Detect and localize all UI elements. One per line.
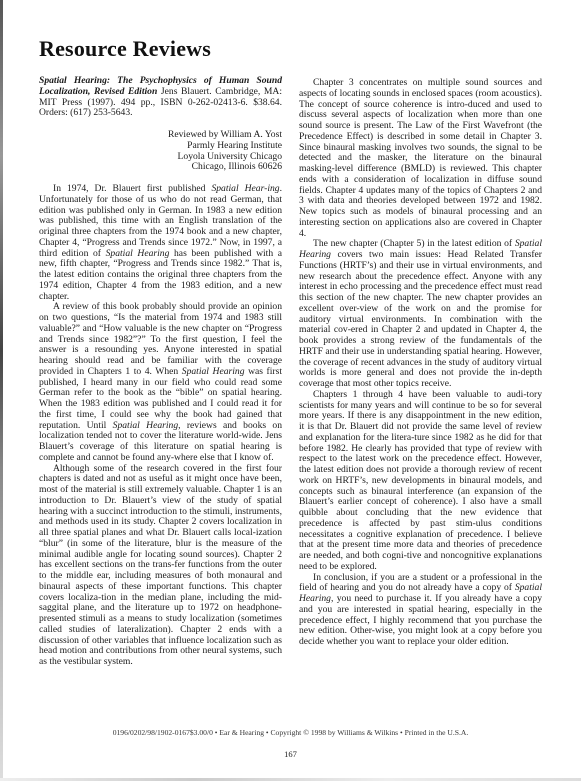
- paragraph: In conclusion, if you are a student or a…: [299, 573, 542, 648]
- text-run: , you need to purchase it. If you alread…: [299, 593, 542, 647]
- reviewer-institute: Parmly Hearing Institute: [39, 141, 282, 152]
- paragraph: Chapters 1 through 4 have been valuable …: [299, 390, 542, 573]
- paragraph: Although some of the research covered in…: [39, 464, 282, 668]
- italic-title: Spatial Hearing: [113, 420, 178, 431]
- left-column: Spatial Hearing: The Psychophysics of Hu…: [39, 76, 282, 668]
- book-citation: Spatial Hearing: The Psychophysics of Hu…: [39, 76, 282, 119]
- text-run: In conclusion, if you are a student or a…: [299, 572, 542, 594]
- italic-title: Spatial Hearing: [182, 366, 245, 377]
- paragraph: Chapter 3 concentrates on multiple sound…: [299, 78, 542, 239]
- section-title: Resource Reviews: [39, 36, 211, 62]
- copyright-footer: 0196/0202/98/1902-0167$3.00/0 • Ear & He…: [0, 728, 581, 737]
- text-run: In 1974, Dr. Blauert first published: [53, 183, 211, 194]
- paragraph: A review of this book probably should pr…: [39, 302, 282, 463]
- text-run: The new chapter (Chapter 5) in the lates…: [313, 238, 515, 249]
- paragraph: The new chapter (Chapter 5) in the lates…: [299, 239, 542, 390]
- text-run: covers two main issues: Head Related Tra…: [299, 249, 542, 389]
- paragraph: In 1974, Dr. Blauert first published Spa…: [39, 184, 282, 302]
- reviewer-block: Reviewed by William A. Yost Parmly Heari…: [39, 130, 282, 173]
- right-column: Chapter 3 concentrates on multiple sound…: [299, 78, 542, 648]
- scan-edge-shadow: [0, 0, 3, 781]
- italic-title: Spatial Hear-ing: [211, 183, 279, 194]
- page-number: 167: [0, 749, 581, 759]
- reviewer-address: Chicago, Illinois 60626: [39, 162, 282, 173]
- italic-title: Spatial Hearing: [106, 248, 170, 259]
